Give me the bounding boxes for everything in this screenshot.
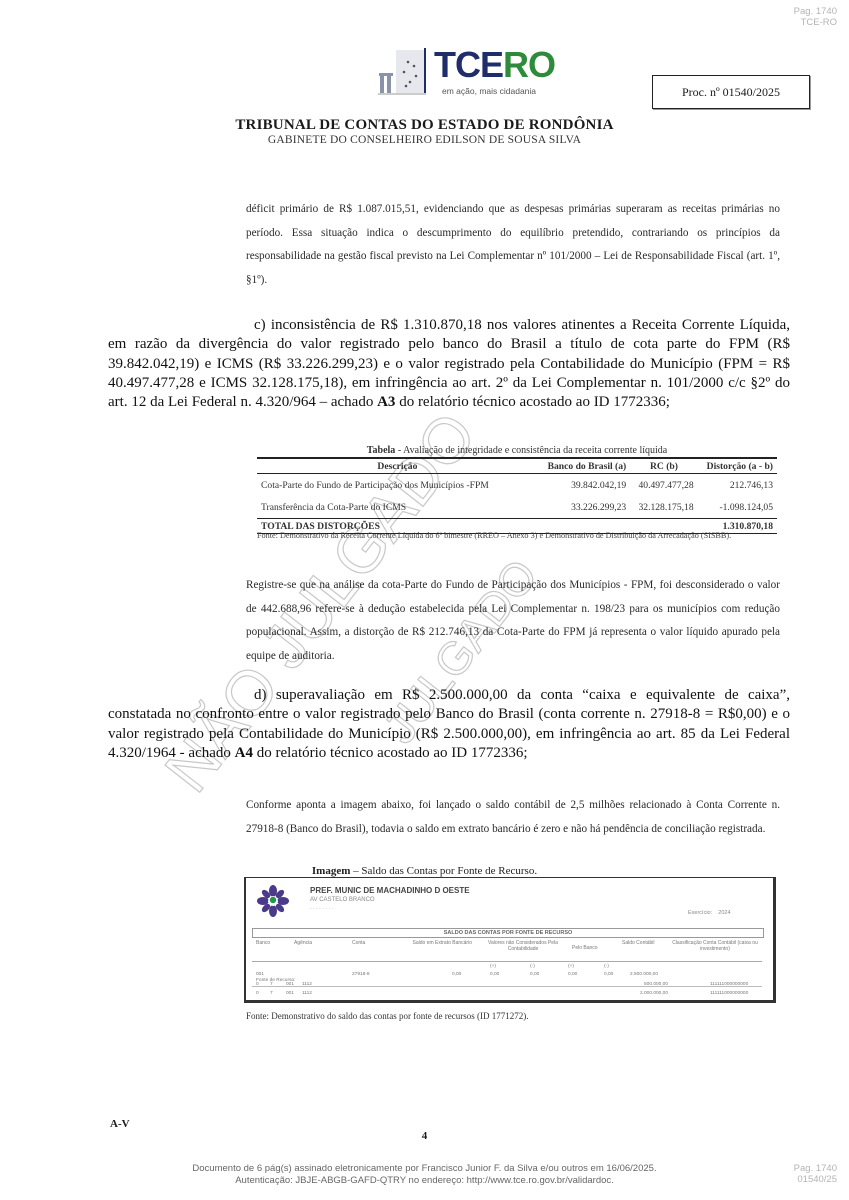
col-descricao: Descrição xyxy=(257,458,538,474)
logo-ro: RO xyxy=(503,44,555,85)
subrow-a: 0 xyxy=(256,991,259,996)
cabinet-subtitle: GABINETE DO CONSELHEIRO EDILSON DE SOUSA… xyxy=(0,134,849,146)
subrow-d: 1112 xyxy=(302,991,312,996)
report-cnpj: · · · · · · · · xyxy=(310,906,333,912)
report-column-headers: Banco Agência Conta Saldo em Extrato Ban… xyxy=(252,939,762,962)
table-caption-text: - Avaliação de integridade e consistênci… xyxy=(395,445,667,456)
row-value: 0,00 xyxy=(604,972,613,977)
quoted-paragraph-fpm: Registre-se que na análise da cota-Parte… xyxy=(246,574,780,668)
finding-a3: A3 xyxy=(377,394,395,410)
subrow-value: 2.000.000,00 xyxy=(640,991,668,996)
row-banco: 001 xyxy=(256,972,264,977)
row-value: 0,00 xyxy=(568,972,577,977)
exercise-value: 2024 xyxy=(718,910,730,916)
item-d-paragraph: d) superavaliação em R$ 2.500.000,00 da … xyxy=(108,686,790,763)
logo-slogan: em ação, mais cidadania xyxy=(442,86,536,96)
subrow-d: 1112 xyxy=(302,982,312,987)
col-saldo-contabil: Saldo Contábil xyxy=(622,940,655,946)
subrow-c: 001 xyxy=(286,991,294,996)
stamp-page: Pag. 1740 xyxy=(794,1163,837,1174)
report-signs-row: (+) (-) (+) (-) xyxy=(252,964,762,972)
item-d-text-end: do relatório técnico acostado ao ID 1772… xyxy=(253,745,528,761)
item-c-text-end: do relatório técnico acostado ao ID 1772… xyxy=(395,394,670,410)
col-distorcao: Distorção (a - b) xyxy=(698,458,777,474)
subrow-b: 7 xyxy=(270,982,273,987)
col-classificacao: Classificação Conta Contábil (caixa ou i… xyxy=(670,940,760,952)
table-caption: Tabela - Avaliação de integridade e cons… xyxy=(257,445,777,456)
sign: (+) xyxy=(568,964,574,969)
subrow-c: 001 xyxy=(286,982,294,987)
quoted-paragraph-conta: Conforme aponta a imagem abaixo, foi lan… xyxy=(246,794,780,841)
report-exercise: Exercício: 2024 xyxy=(688,910,731,916)
row-conta: 27918-8 xyxy=(352,972,370,977)
cell-rc: 40.497.477,28 xyxy=(630,474,697,497)
process-number-box: Proc. nº 01540/2025 xyxy=(652,75,810,109)
subrow-b: 7 xyxy=(270,991,273,996)
exercise-label: Exercício: xyxy=(688,910,712,916)
table-row: Transferência da Cota-Parte do ICMS 33.2… xyxy=(257,496,777,519)
cell-distorcao: 212.746,13 xyxy=(698,474,777,497)
logo-tce: TCE xyxy=(434,44,503,85)
image-caption-text: – Saldo das Contas por Fonte de Recurso. xyxy=(350,865,537,877)
col-banco: Banco xyxy=(256,940,270,946)
item-c-paragraph: c) inconsistência de R$ 1.310.870,18 nos… xyxy=(108,316,790,412)
subrow-a: 0 xyxy=(256,982,259,987)
sign: (-) xyxy=(530,964,535,969)
table-row: Cota-Parte do Fundo de Participação dos … xyxy=(257,474,777,497)
author-initials: A-V xyxy=(110,1118,130,1130)
table-caption-label: Tabela xyxy=(367,445,396,456)
cell-banco: 33.226.299,23 xyxy=(538,496,630,519)
building-columns-icon xyxy=(378,46,430,96)
sign: (-) xyxy=(604,964,609,969)
col-nao-considerados: Valores não Considerados Pela Contabilid… xyxy=(478,940,568,952)
signature-footer: Documento de 6 pág(s) assinado eletronic… xyxy=(0,1163,849,1187)
page-stamp-bottom: Pag. 1740 01540/25 xyxy=(794,1163,837,1185)
cell-descricao: Cota-Parte do Fundo de Participação dos … xyxy=(257,474,538,497)
stamp-process: 01540/25 xyxy=(794,1174,837,1185)
col-saldo-extrato: Saldo em Extrato Bancário xyxy=(412,940,472,946)
image-caption-label: Imagem xyxy=(312,865,351,877)
cell-distorcao: -1.098.124,05 xyxy=(698,496,777,519)
court-title: TRIBUNAL DE CONTAS DO ESTADO DE RONDÔNIA xyxy=(0,117,849,134)
page-number: 4 xyxy=(0,1130,849,1142)
col-agencia: Agência xyxy=(294,940,312,946)
subrow-class: 111111000000000 xyxy=(710,982,748,987)
stamp-page: Pag. 1740 xyxy=(794,6,837,17)
finding-a4: A4 xyxy=(235,745,253,761)
col-pelo-banco: Pelo Banco xyxy=(572,945,598,951)
col-rc: RC (b) xyxy=(630,458,697,474)
cell-banco: 39.842.042,19 xyxy=(538,474,630,497)
quoted-paragraph-deficit: déficit primário de R$ 1.087.015,51, evi… xyxy=(246,198,780,292)
row-value: 0,00 xyxy=(530,972,539,977)
image-source-note: Fonte: Demonstrativo do saldo das contas… xyxy=(246,1011,528,1021)
cell-descricao: Transferência da Cota-Parte do ICMS xyxy=(257,496,538,519)
row-saldo-contabil: 2.500.000,00 xyxy=(630,972,658,977)
footer-signature: Documento de 6 pág(s) assinado eletronic… xyxy=(0,1163,849,1175)
report-account-row: 001 27918-8 0,00 0,00 0,00 0,00 0,00 2.5… xyxy=(252,972,762,987)
report-section-bar: SALDO DAS CONTAS POR FONTE DE RECURSO xyxy=(252,928,764,938)
cell-rc: 32.128.175,18 xyxy=(630,496,697,519)
rcl-integrity-table: Descrição Banco do Brasil (a) RC (b) Dis… xyxy=(257,457,777,534)
col-banco-brasil: Banco do Brasil (a) xyxy=(538,458,630,474)
page-stamp-top: Pag. 1740 TCE-RO xyxy=(794,6,837,28)
tcero-logo: TCERO em ação, mais cidadania xyxy=(378,46,578,102)
sign: (+) xyxy=(490,964,496,969)
footer-authentication: Autenticação: JBJE-ABGB-GAFD-QTRY no end… xyxy=(0,1175,849,1187)
col-conta: Conta xyxy=(352,940,365,946)
report-org-name: PREF. MUNIC DE MACHADINHO D OESTE xyxy=(310,886,470,895)
embedded-report-image: PREF. MUNIC DE MACHADINHO D OESTE AV CAS… xyxy=(244,877,776,1003)
subrow-value: 500.000,00 xyxy=(644,982,668,987)
municipal-emblem-icon xyxy=(256,884,290,918)
row-value: 0,00 xyxy=(490,972,499,977)
subrow-class: 111111000000000 xyxy=(710,991,748,996)
report-address: AV CASTELO BRANCO xyxy=(310,897,375,903)
table-source-note: Fonte: Demonstrativo da Receita Corrente… xyxy=(257,530,782,542)
image-caption: Imagem – Saldo das Contas por Fonte de R… xyxy=(0,865,849,877)
row-value: 0,00 xyxy=(452,972,461,977)
stamp-org: TCE-RO xyxy=(794,17,837,28)
logo-wordmark: TCERO xyxy=(434,44,555,86)
